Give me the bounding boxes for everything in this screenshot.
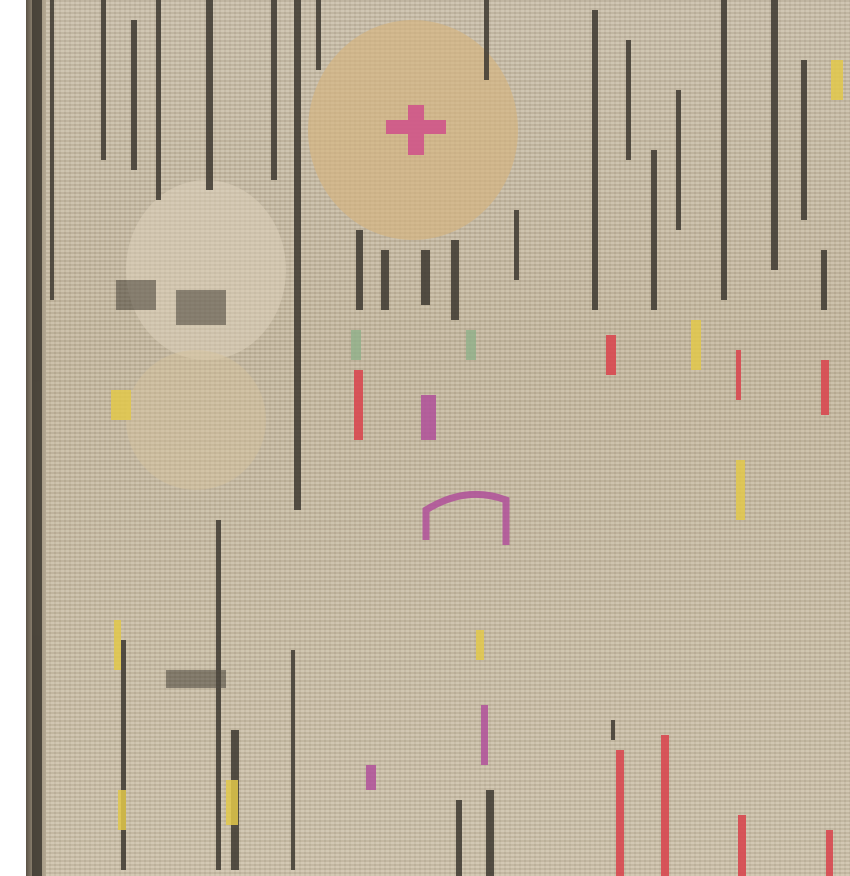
rug-pattern	[26, 0, 850, 876]
rug-photo	[26, 0, 850, 876]
